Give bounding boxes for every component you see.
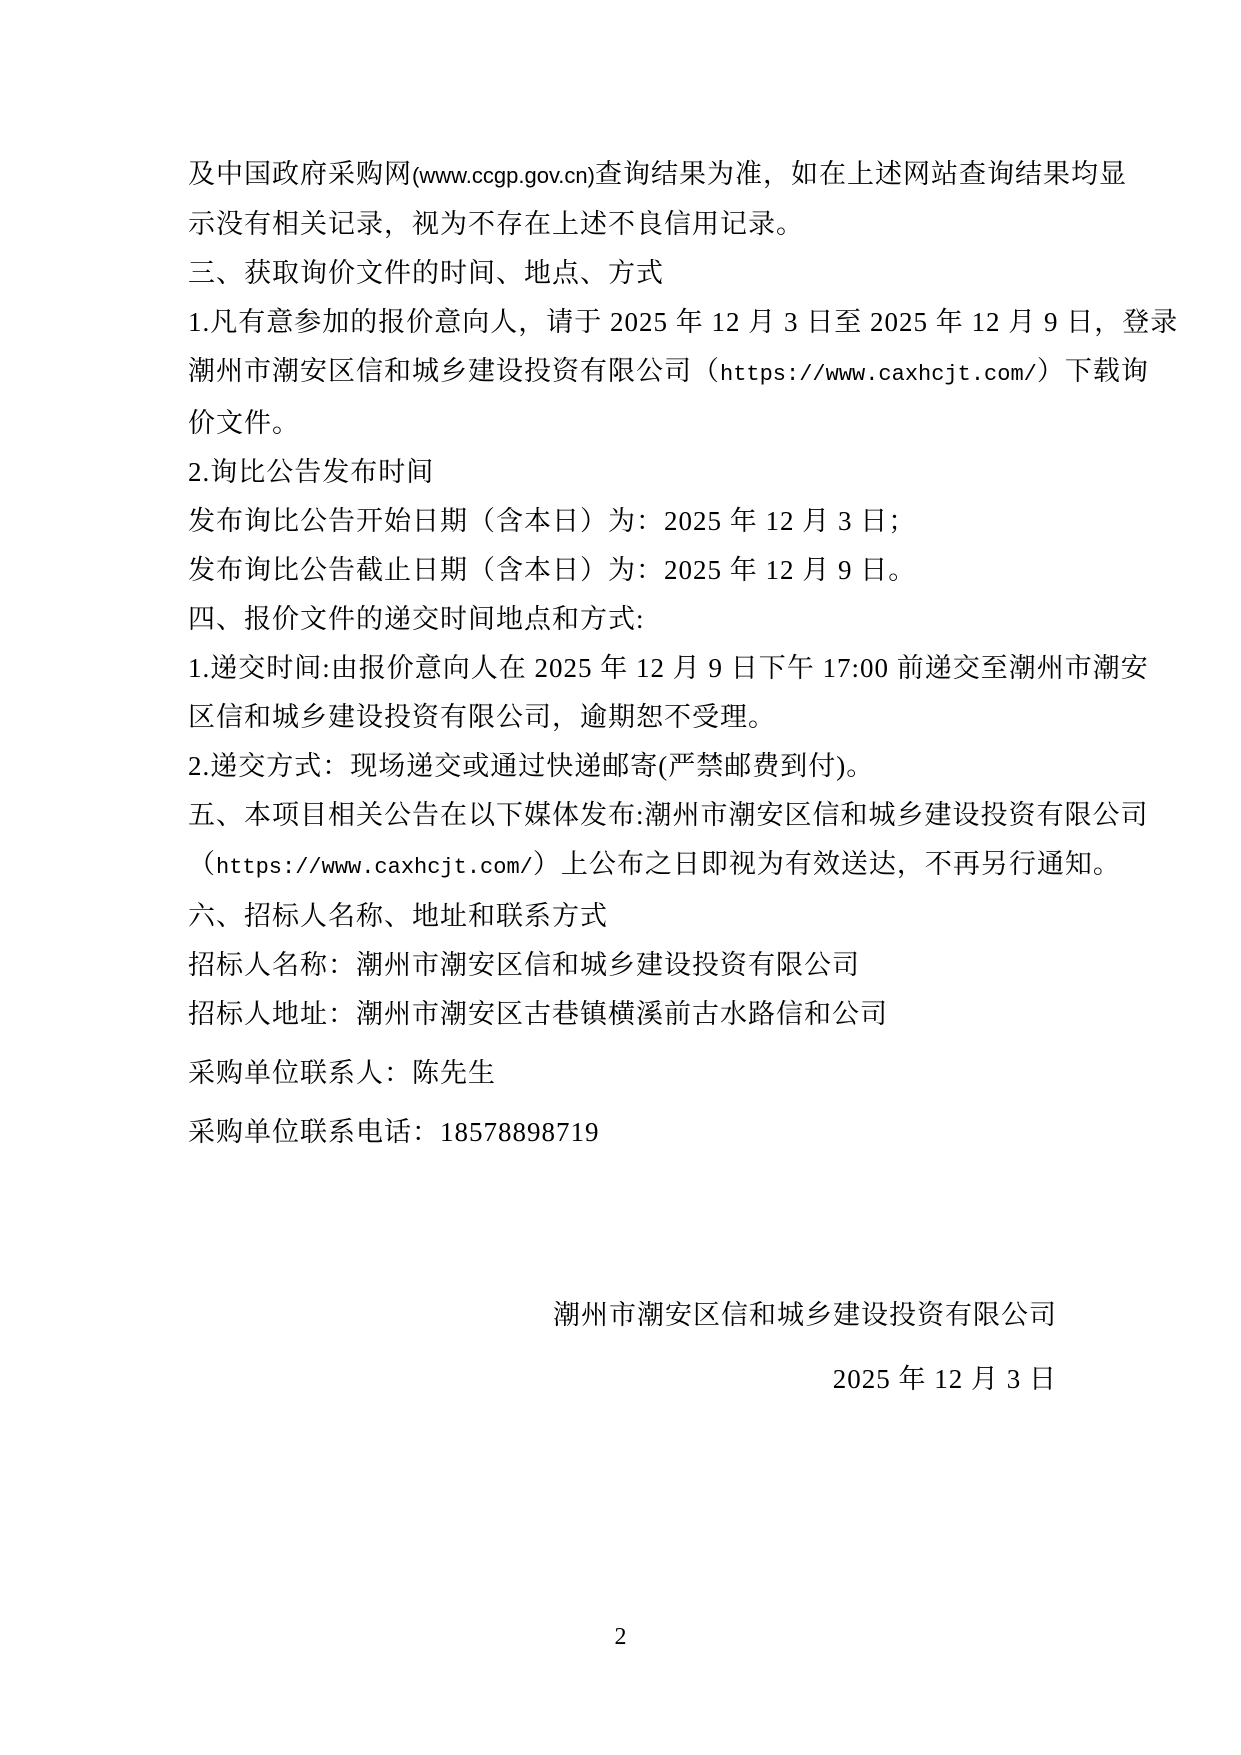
line-credit-check-result-2: 示没有相关记录，视为不存在上述不良信用记录。 (188, 200, 1057, 249)
line-submission-method: 2.递交方式：现场递交或通过快递邮寄(严禁邮费到付)。 (188, 742, 1057, 791)
line-credit-check-result: 及中国政府采购网(www.ccgp.gov.cn)查询结果为准，如在上述网站查询… (188, 150, 1057, 200)
section-heading-6: 六、招标人名称、地址和联系方式 (188, 892, 1057, 941)
text-run: 及中国政府采购网 (188, 159, 412, 189)
text-run: 查询结果为准，如在上述网站查询结果均显 (595, 159, 1127, 189)
line-tenderer-name: 招标人名称：潮州市潮安区信和城乡建设投资有限公司 (188, 941, 1057, 990)
line-media-publish-url: （https://www.caxhcjt.com/）上公布之日即视为有效送达，不… (188, 840, 1057, 892)
signature-date: 2025 年 12 月 3 日 (188, 1355, 1057, 1404)
section-heading-5: 五、本项目相关公告在以下媒体发布:潮州市潮安区信和城乡建设投资有限公司 (188, 791, 1057, 840)
caxhcjt-url-text: https://www.caxhcjt.com/ (216, 855, 533, 880)
section-heading-4: 四、报价文件的递交时间地点和方式: (188, 595, 1057, 644)
line-bidder-download-period: 1.凡有意参加的报价意向人，请于 2025 年 12 月 3 日至 2025 年… (188, 298, 1057, 347)
text-run: ）下载询 (1037, 356, 1149, 386)
signature-block: 潮州市潮安区信和城乡建设投资有限公司 2025 年 12 月 3 日 (188, 1291, 1057, 1404)
text-run: ）上公布之日即视为有效送达，不再另行通知。 (533, 849, 1121, 879)
signature-company-name: 潮州市潮安区信和城乡建设投资有限公司 (188, 1291, 1057, 1340)
line-submission-time: 1.递交时间:由报价意向人在 2025 年 12 月 9 日下午 17:00 前… (188, 644, 1057, 693)
line-submission-time-2: 区信和城乡建设投资有限公司，逾期恕不受理。 (188, 693, 1057, 742)
line-download-tail: 价文件。 (188, 399, 1057, 448)
document-page: 及中国政府采购网(www.ccgp.gov.cn)查询结果为准，如在上述网站查询… (0, 0, 1241, 1755)
text-run: 潮州市潮安区信和城乡建设投资有限公司（ (188, 356, 720, 386)
line-purchaser-contact-phone: 采购单位联系电话：18578898719 (188, 1108, 1057, 1157)
page-number: 2 (0, 1622, 1241, 1652)
caxhcjt-url-text: https://www.caxhcjt.com/ (720, 362, 1037, 387)
text-run: （ (188, 849, 216, 879)
section-heading-3: 三、获取询价文件的时间、地点、方式 (188, 249, 1057, 298)
line-announcement-time-heading: 2.询比公告发布时间 (188, 448, 1057, 497)
ccgp-url-text: (www.ccgp.gov.cn) (412, 163, 595, 188)
line-announcement-end-date: 发布询比公告截止日期（含本日）为：2025 年 12 月 9 日。 (188, 546, 1057, 595)
line-purchaser-contact-person: 采购单位联系人：陈先生 (188, 1049, 1057, 1098)
line-tenderer-address: 招标人地址：潮州市潮安区古巷镇横溪前古水路信和公司 (188, 990, 1057, 1039)
line-company-download-url: 潮州市潮安区信和城乡建设投资有限公司（https://www.caxhcjt.c… (188, 347, 1057, 399)
document-body: 及中国政府采购网(www.ccgp.gov.cn)查询结果为准，如在上述网站查询… (188, 150, 1057, 1404)
line-announcement-start-date: 发布询比公告开始日期（含本日）为：2025 年 12 月 3 日； (188, 497, 1057, 546)
